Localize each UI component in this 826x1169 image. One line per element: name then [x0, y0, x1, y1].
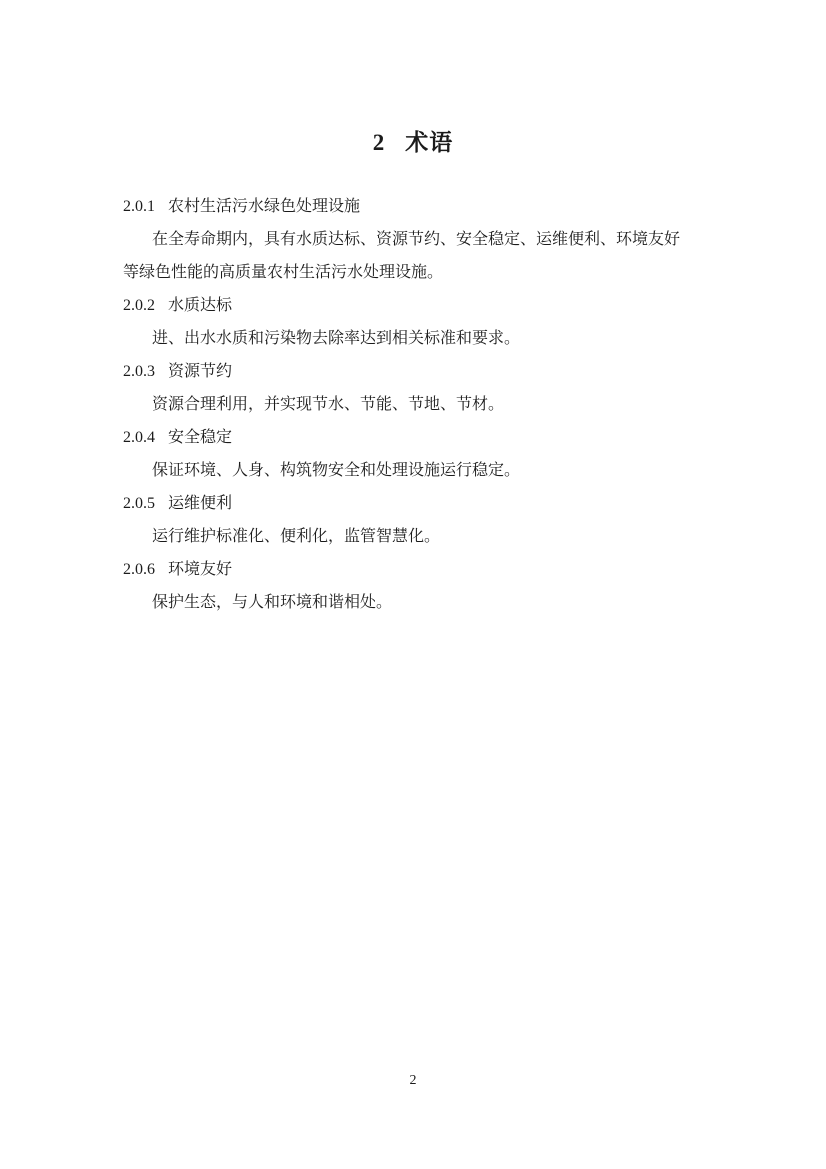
term-heading: 2.0.1农村生活污水绿色处理设施: [123, 190, 706, 223]
definition-line: 在全寿命期内，具有水质达标、资源节约、安全稳定、运维便利、环境友好: [123, 223, 706, 256]
term-definition: 保证环境、人身、构筑物安全和处理设施运行稳定。: [123, 454, 706, 487]
term-name: 资源节约: [168, 363, 232, 380]
chapter-number: 2: [373, 130, 386, 155]
term-definition: 资源合理利用，并实现节水、节能、节地、节材。: [123, 388, 706, 421]
term-definition: 在全寿命期内，具有水质达标、资源节约、安全稳定、运维便利、环境友好等绿色性能的高…: [123, 223, 706, 289]
definition-line: 资源合理利用，并实现节水、节能、节地、节材。: [123, 388, 706, 421]
term-name: 农村生活污水绿色处理设施: [168, 198, 360, 215]
term-name: 安全稳定: [168, 429, 232, 446]
term-section: 2.0.5运维便利 运行维护标准化、便利化，监管智慧化。: [123, 487, 706, 553]
term-name: 环境友好: [168, 561, 232, 578]
page-number: 2: [410, 1073, 417, 1088]
term-heading: 2.0.6环境友好: [123, 553, 706, 586]
term-name: 运维便利: [168, 495, 232, 512]
term-number: 2.0.1: [123, 190, 155, 223]
term-section: 2.0.4安全稳定 保证环境、人身、构筑物安全和处理设施运行稳定。: [123, 421, 706, 487]
term-definition: 运行维护标准化、便利化，监管智慧化。: [123, 520, 706, 553]
definition-line: 保护生态，与人和环境和谐相处。: [123, 586, 706, 619]
definition-line: 运行维护标准化、便利化，监管智慧化。: [123, 520, 706, 553]
term-number: 2.0.6: [123, 553, 155, 586]
term-number: 2.0.5: [123, 487, 155, 520]
term-heading: 2.0.2水质达标: [123, 289, 706, 322]
term-definition: 保护生态，与人和环境和谐相处。: [123, 586, 706, 619]
term-number: 2.0.4: [123, 421, 155, 454]
definition-line: 进、出水水质和污染物去除率达到相关标准和要求。: [123, 322, 706, 355]
chapter-title-text: 术语: [405, 130, 453, 155]
term-definition: 进、出水水质和污染物去除率达到相关标准和要求。: [123, 322, 706, 355]
term-section: 2.0.1农村生活污水绿色处理设施 在全寿命期内，具有水质达标、资源节约、安全稳…: [123, 190, 706, 289]
term-section: 2.0.6环境友好 保护生态，与人和环境和谐相处。: [123, 553, 706, 619]
term-name: 水质达标: [168, 297, 232, 314]
chapter-title: 2术语: [0, 0, 826, 160]
term-number: 2.0.3: [123, 355, 155, 388]
term-heading: 2.0.3资源节约: [123, 355, 706, 388]
term-heading: 2.0.4安全稳定: [123, 421, 706, 454]
term-number: 2.0.2: [123, 289, 155, 322]
definition-line: 等绿色性能的高质量农村生活污水处理设施。: [123, 256, 706, 289]
term-section: 2.0.2水质达标 进、出水水质和污染物去除率达到相关标准和要求。: [123, 289, 706, 355]
page-footer: 2: [0, 1071, 826, 1091]
definition-line: 保证环境、人身、构筑物安全和处理设施运行稳定。: [123, 454, 706, 487]
document-page: 2术语 2.0.1农村生活污水绿色处理设施 在全寿命期内，具有水质达标、资源节约…: [0, 0, 826, 1169]
term-heading: 2.0.5运维便利: [123, 487, 706, 520]
terms-list: 2.0.1农村生活污水绿色处理设施 在全寿命期内，具有水质达标、资源节约、安全稳…: [0, 190, 826, 619]
term-section: 2.0.3资源节约 资源合理利用，并实现节水、节能、节地、节材。: [123, 355, 706, 421]
